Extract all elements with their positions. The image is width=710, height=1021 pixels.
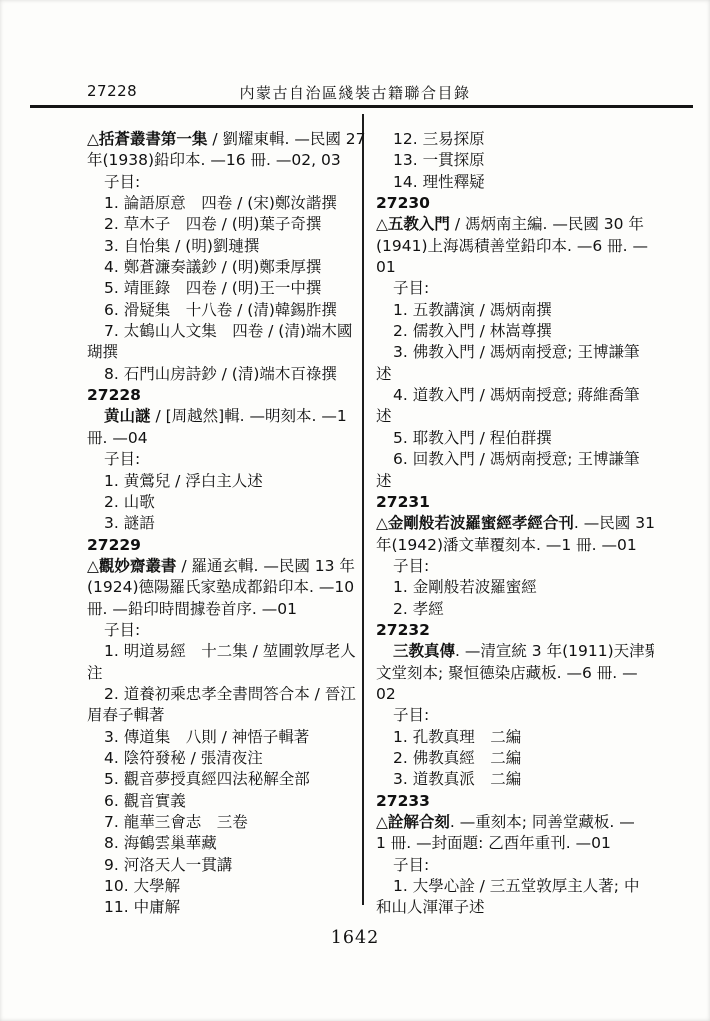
catalog-line: 述 — [376, 471, 654, 492]
running-header-title: 内蒙古自治區綫裝古籍聯合目錄 — [0, 82, 710, 103]
entry-title: 黄山謎 — [104, 407, 151, 425]
right-column: 12. 三易探原13. 一貫探原14. 理性釋疑27230△五教入門 / 馮炳南… — [376, 129, 654, 919]
catalog-line: 7. 太鶴山人文集 四卷 / (清)端木國 — [87, 321, 365, 342]
catalog-line: 子目: — [87, 449, 365, 470]
catalog-line: 27229 — [87, 535, 365, 556]
catalog-line: 5. 耶教入門 / 程伯群撰 — [376, 428, 654, 449]
catalog-line: 述 — [376, 364, 654, 385]
left-column: △括蒼叢書第一集 / 劉耀東輯. —民國 27年(1938)鉛印本. —16 冊… — [87, 129, 365, 919]
catalog-line: 1. 黄鶯兒 / 浮白主人述 — [87, 471, 365, 492]
record-number: 27231 — [376, 493, 430, 511]
catalog-line: 6. 回教入門 / 馮炳南授意; 王博謙筆 — [376, 449, 654, 470]
catalog-line: 瑚撰 — [87, 342, 365, 363]
catalog-line: 文堂刻本; 聚恒德染店藏板. —6 冊. — — [376, 663, 654, 684]
entry-title: △觀妙齋叢書 — [87, 557, 176, 575]
catalog-line: 黄山謎 / [周越然]輯. —明刻本. —1 — [87, 406, 365, 427]
catalog-line: 眉春子輯著 — [87, 705, 365, 726]
catalog-line: 27228 — [87, 385, 365, 406]
catalog-line: 子目: — [376, 278, 654, 299]
header-rule — [30, 105, 693, 108]
record-number: 27233 — [376, 792, 430, 810]
catalog-line: 4. 鄭蒼濂奏議鈔 / (明)鄭秉厚撰 — [87, 257, 365, 278]
catalog-line: 3. 佛教入門 / 馮炳南授意; 王博謙筆 — [376, 342, 654, 363]
entry-title: △五教入門 — [376, 215, 450, 233]
catalog-line: 2. 山歌 — [87, 492, 365, 513]
catalog-line: 6. 滑疑集 十八卷 / (清)韓錫胙撰 — [87, 300, 365, 321]
entry-title: △詮解合刻 — [376, 813, 450, 831]
catalog-line: 子目: — [376, 705, 654, 726]
record-number: 27228 — [87, 386, 141, 404]
catalog-line: 2. 佛教真經 二編 — [376, 748, 654, 769]
catalog-line: 年(1938)鉛印本. —16 冊. —02, 03 — [87, 150, 365, 171]
catalog-line: 7. 龍華三會志 三卷 — [87, 812, 365, 833]
catalog-line: (1941)上海馮積善堂鉛印本. —6 冊. — — [376, 236, 654, 257]
catalog-line: △金剛般若波羅蜜經孝經合刊. —民國 31 — [376, 513, 654, 534]
catalog-line: 三教真傳. —清宣統 3 年(1911)天津聚 — [376, 641, 654, 662]
catalog-line: (1924)德陽羅氏家塾成都鉛印本. —10 — [87, 577, 365, 598]
catalog-line: 9. 河洛天人一貫講 — [87, 855, 365, 876]
catalog-line: 27230 — [376, 193, 654, 214]
catalog-line: 子目: — [87, 620, 365, 641]
catalog-line: △括蒼叢書第一集 / 劉耀東輯. —民國 27 — [87, 129, 365, 150]
catalog-line: 10. 大學解 — [87, 876, 365, 897]
catalog-line: 6. 觀音實義 — [87, 791, 365, 812]
catalog-line: 4. 道教入門 / 馮炳南授意; 蔣維喬筆 — [376, 385, 654, 406]
catalog-line: 述 — [376, 406, 654, 427]
catalog-line: 子目: — [87, 172, 365, 193]
scanned-catalog-page: 27228 内蒙古自治區綫裝古籍聯合目錄 △括蒼叢書第一集 / 劉耀東輯. —民… — [0, 0, 710, 1021]
page-number: 1642 — [0, 928, 710, 948]
catalog-line: 1 冊. —封面題: 乙酉年重刊. —01 — [376, 833, 654, 854]
record-number: 27232 — [376, 621, 430, 639]
catalog-line: 1. 金剛般若波羅蜜經 — [376, 577, 654, 598]
catalog-line: 3. 傳道集 八則 / 神悟子輯著 — [87, 727, 365, 748]
catalog-line: 4. 陰符發秘 / 張清夜注 — [87, 748, 365, 769]
catalog-line: 和山人渾渾子述 — [376, 897, 654, 918]
catalog-line: 冊. —04 — [87, 428, 365, 449]
catalog-line: 5. 觀音夢授真經四法秘解全部 — [87, 769, 365, 790]
catalog-line: 11. 中庸解 — [87, 897, 365, 918]
catalog-line: 13. 一貫探原 — [376, 150, 654, 171]
record-number: 27230 — [376, 194, 430, 212]
catalog-line: 子目: — [376, 855, 654, 876]
catalog-line: 2. 草木子 四卷 / (明)葉子奇撰 — [87, 214, 365, 235]
catalog-line: △觀妙齋叢書 / 羅通玄輯. —民國 13 年 — [87, 556, 365, 577]
catalog-line: 1. 五教講演 / 馮炳南撰 — [376, 300, 654, 321]
catalog-line: 1. 論語原意 四卷 / (宋)鄭汝諧撰 — [87, 193, 365, 214]
record-number: 27229 — [87, 536, 141, 554]
catalog-line: 3. 自怡集 / (明)劉璉撰 — [87, 236, 365, 257]
catalog-line: 1. 大學心詮 / 三五堂敦厚主人著; 中 — [376, 876, 654, 897]
catalog-line: 14. 理性釋疑 — [376, 172, 654, 193]
catalog-line: 12. 三易探原 — [376, 129, 654, 150]
catalog-line: 2. 孝經 — [376, 599, 654, 620]
entry-title: △金剛般若波羅蜜經孝經合刊 — [376, 514, 574, 532]
catalog-line: △詮解合刻. —重刻本; 同善堂藏板. — — [376, 812, 654, 833]
catalog-line: 3. 道教真派 二編 — [376, 769, 654, 790]
catalog-line: 02 — [376, 684, 654, 705]
catalog-line: 子目: — [376, 556, 654, 577]
catalog-line: 3. 謎語 — [87, 513, 365, 534]
catalog-line: △五教入門 / 馮炳南主編. —民國 30 年 — [376, 214, 654, 235]
catalog-line: 8. 石門山房詩鈔 / (清)端木百祿撰 — [87, 364, 365, 385]
catalog-line: 冊. —鉛印時間據卷首序. —01 — [87, 599, 365, 620]
catalog-line: 1. 明道易經 十二集 / 堃圃敦厚老人 — [87, 641, 365, 662]
catalog-line: 年(1942)潘文華覆刻本. —1 冊. —01 — [376, 535, 654, 556]
catalog-line: 01 — [376, 257, 654, 278]
catalog-line: 5. 靖匪錄 四卷 / (明)王一中撰 — [87, 278, 365, 299]
catalog-line: 27231 — [376, 492, 654, 513]
catalog-line: 1. 孔教真理 二編 — [376, 727, 654, 748]
entry-title: 三教真傳 — [393, 642, 455, 660]
catalog-line: 8. 海鶴雲巢華藏 — [87, 833, 365, 854]
catalog-line: 注 — [87, 663, 365, 684]
entry-title: △括蒼叢書第一集 — [87, 130, 207, 148]
catalog-line: 2. 道養初乘忠孝全書問答合本 / 晉江 — [87, 684, 365, 705]
catalog-line: 27232 — [376, 620, 654, 641]
catalog-line: 27233 — [376, 791, 654, 812]
catalog-line: 2. 儒教入門 / 林嵩尊撰 — [376, 321, 654, 342]
